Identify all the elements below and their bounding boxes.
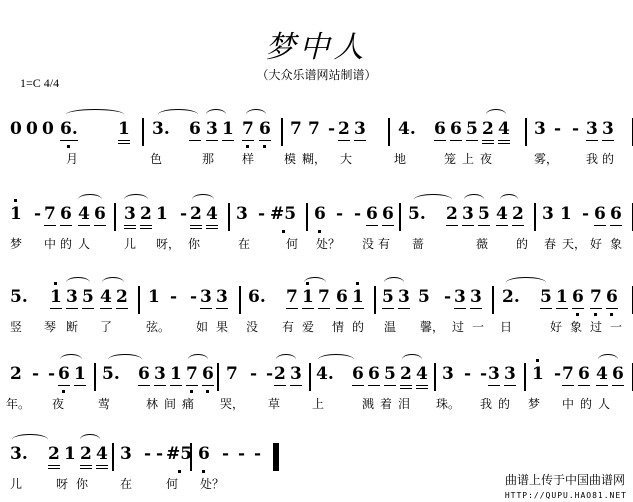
slur-arc (60, 354, 82, 365)
lyric-syllable: 痛 (182, 395, 194, 412)
note: 6 (578, 363, 590, 386)
bar-line (374, 286, 376, 314)
lyric-syllable: 哭， (220, 395, 244, 412)
note: 1 (74, 363, 86, 386)
low-octave-dot (190, 390, 193, 393)
lyric-syllable: 象 (570, 318, 582, 335)
low-octave-dot (282, 230, 285, 233)
slur-arc (246, 109, 266, 120)
note: 3 (236, 203, 248, 225)
dash-extension: - (354, 203, 361, 225)
lyric-syllable: 中 (562, 395, 574, 412)
note: 3. (152, 118, 170, 140)
note: 3 (454, 286, 466, 309)
dash-extension: - (554, 118, 561, 140)
song-title: 梦中人 (0, 22, 633, 66)
lyric-syllable: 草 (268, 395, 280, 412)
slur-arc (124, 194, 148, 205)
note: 2 (512, 203, 524, 226)
slur-arc (318, 354, 354, 365)
lyric-syllable: 温 (384, 318, 396, 335)
note: 7 (308, 118, 320, 140)
note: 3 (602, 118, 614, 141)
note: 6 (610, 203, 622, 226)
note: 3 (124, 203, 136, 229)
lyric-syllable: 好 (590, 235, 602, 252)
lyric-syllable: 样 (242, 150, 254, 167)
note: 7 (44, 203, 56, 226)
lyric-syllable: 梦 (10, 235, 22, 252)
lyric-syllable: 一 (472, 318, 484, 335)
lyric-syllable: 着 (380, 395, 392, 412)
dash-extension: - (444, 286, 451, 308)
lyric-syllable: 那 (202, 150, 214, 167)
note: 3. (10, 443, 28, 465)
note: 1 (560, 203, 572, 225)
low-octave-dot (263, 145, 266, 148)
low-octave-dot (610, 313, 613, 316)
note: 5 (540, 286, 552, 309)
lyric-syllable: 情 (332, 318, 344, 335)
lyric-syllable: 何 (166, 475, 178, 492)
note: 1 (222, 118, 234, 141)
lyric-syllable: 何 (286, 235, 298, 252)
dash-extension: - (480, 363, 487, 385)
note: 6 (368, 363, 380, 386)
lyric-syllable: 雾， (534, 150, 558, 167)
lyric-syllable: 色 (150, 150, 162, 167)
lyric-syllable: 蔷 (412, 235, 424, 252)
note: 2 (482, 118, 494, 144)
note: 3 (200, 286, 212, 309)
note: 3 (290, 363, 302, 386)
note: 4 (596, 363, 608, 386)
dash-extension: - (572, 118, 579, 140)
note: 2 (400, 363, 412, 389)
slur-arc (486, 109, 506, 120)
slur-arc (192, 194, 214, 205)
slur-arc (66, 109, 124, 120)
low-octave-dot (62, 390, 65, 393)
score-line: 1-7646321-243-#56--665.2354231-66梦中的人儿呀，… (6, 203, 633, 263)
note: 3 (470, 286, 482, 309)
note: 6 (336, 286, 348, 309)
lyric-syllable: 林 (146, 395, 158, 412)
lyric-syllable: 弦。 (146, 318, 170, 335)
note: 4. (316, 363, 334, 385)
high-octave-dot (14, 199, 17, 202)
note: 0 (42, 118, 54, 140)
note: 6 (314, 203, 326, 225)
low-octave-dot (202, 470, 205, 473)
bar-line (228, 203, 230, 231)
bar-line (525, 118, 527, 146)
bar-line (114, 203, 116, 231)
final-bar-line (273, 443, 279, 471)
lyric-syllable: 年。 (6, 395, 30, 412)
slur-arc (158, 109, 198, 120)
slur-arc (276, 354, 296, 365)
note: 6 (189, 118, 201, 141)
note: 7 (318, 286, 330, 309)
note: 6 (606, 286, 618, 309)
lyric-syllable: 断 (66, 318, 78, 335)
note: 4 (498, 118, 510, 144)
dash-extension: - (336, 203, 343, 225)
lyric-syllable: 珠。 (436, 395, 460, 412)
dash-extension: - (222, 443, 229, 465)
slur-arc (402, 354, 422, 365)
note: 3 (398, 286, 410, 309)
high-octave-dot (356, 282, 359, 285)
note: 3 (66, 286, 78, 309)
note: 2 (446, 203, 458, 226)
note: 7 (242, 118, 254, 141)
lyric-syllable: 了 (100, 318, 112, 335)
high-octave-dot (54, 282, 57, 285)
lyric-syllable: 如 (196, 318, 208, 335)
lyric-syllable: 你 (76, 475, 88, 492)
low-octave-dot (576, 313, 579, 316)
bar-line (309, 363, 311, 391)
lyric-syllable: 琴 (44, 318, 56, 335)
note: 3 (462, 203, 474, 226)
note: 3 (488, 363, 500, 386)
note: 4 (206, 203, 218, 229)
note: 7 (290, 118, 302, 140)
lyric-syllable: 糊， (302, 150, 326, 167)
dash-extension: - (254, 443, 261, 465)
bar-line (534, 203, 536, 231)
bar-line (281, 118, 283, 146)
bar-line (94, 363, 96, 391)
bar-line (434, 363, 436, 391)
lyric-syllable: 间 (164, 395, 176, 412)
note: 0 (10, 118, 22, 140)
slur-arc (464, 194, 484, 205)
note: 7 (286, 286, 298, 309)
lyric-syllable: 处？ (316, 235, 340, 252)
note: 2 (140, 203, 152, 229)
note: 7 (562, 363, 574, 386)
score-line: 2--615.631767--234.665243--331-7646年。夜莺林… (6, 363, 633, 423)
slur-arc (500, 194, 518, 205)
bar-line (217, 363, 219, 391)
dash-extension: - (554, 363, 561, 385)
slur-arc (598, 354, 618, 365)
note: 6 (198, 443, 210, 465)
slur-arc (188, 354, 208, 365)
lyric-syllable: 夜 (480, 150, 492, 167)
note: 1 (302, 286, 314, 309)
lyric-syllable: 梦 (528, 395, 540, 412)
low-octave-dot (246, 145, 249, 148)
score-line: 0006.13.6317677-234.665243--33月色那样模糊，大地笼… (6, 118, 633, 178)
lyric-syllable: 有 (282, 318, 294, 335)
dash-extension: - (238, 443, 245, 465)
dash-extension: - (464, 363, 471, 385)
dash-extension: - (32, 363, 39, 385)
dash-extension: - (180, 203, 187, 225)
lyric-syllable: 我 (480, 395, 492, 412)
lyric-syllable: 的 (580, 395, 592, 412)
low-octave-dot (318, 230, 321, 233)
note: 1 (10, 203, 22, 225)
note: 6 (572, 286, 584, 309)
note: 5. (102, 363, 120, 385)
lyric-syllable: 夜 (52, 395, 64, 412)
note: 3 (216, 286, 228, 309)
note: 6 (202, 363, 214, 386)
note: 5. (408, 203, 426, 225)
note: 3 (586, 118, 598, 141)
slur-arc (102, 277, 124, 288)
note: 6 (612, 363, 624, 386)
dash-extension: - (258, 203, 265, 225)
lyric-syllable: 好 (550, 318, 562, 335)
footer-site-url: HTTP://QUPU.HAO81.NET (505, 491, 627, 500)
slur-arc (80, 434, 100, 445)
note: 2 (338, 118, 350, 141)
low-octave-dot (594, 313, 597, 316)
lyric-syllable: 的 (60, 235, 72, 252)
note: 7 (186, 363, 198, 386)
note: 4 (100, 286, 112, 309)
note: 3 (442, 363, 454, 385)
note: 6 (382, 203, 394, 226)
note: 3 (504, 363, 516, 386)
note: 5 (382, 286, 394, 309)
note: 3 (354, 118, 366, 141)
note: 2 (48, 443, 60, 469)
bar-line (399, 203, 401, 231)
note: 1 (64, 443, 76, 465)
note: 1 (532, 363, 544, 385)
score-line: 5.135421--336.71761535-332.51676竖琴断了弦。如果… (6, 286, 633, 346)
lyric-syllable: 在 (238, 235, 250, 252)
lyric-syllable: 儿 (10, 475, 22, 492)
dash-extension: - (170, 286, 177, 308)
note: 2 (80, 443, 92, 469)
lyric-syllable: 的 (602, 150, 614, 167)
note: 3 (542, 203, 554, 225)
note: 4 (78, 203, 90, 226)
lyric-syllable: 没 (246, 318, 258, 335)
lyric-syllable: 爱 (302, 318, 314, 335)
note: 3 (154, 363, 166, 386)
note: 1 (148, 286, 160, 308)
note: 2 (190, 203, 202, 229)
slur-arc (414, 194, 452, 205)
lyric-syllable: 的 (352, 318, 364, 335)
bar-line (524, 363, 526, 391)
dash-extension: - (582, 203, 589, 225)
bar-line (190, 443, 192, 471)
lyric-syllable: 春 (544, 235, 556, 252)
lyric-syllable: 在 (120, 475, 132, 492)
slur-arc (12, 434, 48, 445)
dash-extension: - (34, 203, 41, 225)
bar-line (138, 286, 140, 314)
lyric-syllable: 竖 (10, 318, 22, 335)
lyric-syllable: 一 (610, 318, 622, 335)
note: 1 (118, 118, 130, 144)
slur-arc (78, 194, 102, 205)
note: 2 (116, 286, 128, 309)
note: 6. (248, 286, 266, 308)
lyric-syllable: 天， (562, 235, 586, 252)
lyric-syllable: 呀 (56, 475, 68, 492)
note: 6 (450, 118, 462, 141)
footer-site-name: 曲谱上传于中国曲谱网 (505, 471, 625, 488)
note: 6 (366, 203, 378, 226)
slur-arc (506, 277, 546, 288)
note: 5 (418, 286, 430, 308)
low-octave-dot (206, 390, 209, 393)
lyric-syllable: 有 (378, 235, 390, 252)
lyric-syllable: 上 (312, 395, 324, 412)
slur-arc (384, 277, 404, 288)
dash-extension: - (250, 363, 257, 385)
dash-extension: - (266, 363, 273, 385)
lyric-syllable: 莺 (98, 395, 110, 412)
dash-extension: - (328, 118, 335, 140)
lyric-syllable: 的 (498, 395, 510, 412)
slur-arc (206, 109, 226, 120)
high-octave-dot (536, 359, 539, 362)
lyric-syllable: 的 (516, 235, 528, 252)
lyric-syllable: 人 (598, 395, 610, 412)
note: 3 (534, 118, 546, 140)
dash-extension: - (144, 443, 151, 465)
note: 1 (352, 286, 364, 309)
slur-arc (304, 277, 326, 288)
note: 0 (26, 118, 38, 140)
slur-arc (108, 354, 142, 365)
note: 5 (478, 203, 490, 226)
note: 2. (502, 286, 520, 308)
lyric-syllable: 日 (500, 318, 512, 335)
note: 4 (96, 443, 108, 469)
lyric-syllable: 模 (284, 150, 296, 167)
note: 1 (156, 203, 168, 225)
low-octave-dot (67, 145, 70, 148)
bar-line (112, 443, 114, 471)
lyric-syllable: 笼 (444, 150, 456, 167)
note: 1 (170, 363, 182, 386)
lyric-syllable: 月 (66, 150, 78, 167)
lyric-syllable: 地 (394, 150, 406, 167)
song-subtitle: （大众乐谱网站制谱） (0, 66, 633, 83)
note: #5 (166, 443, 192, 465)
note: 1 (50, 286, 62, 309)
lyric-syllable: 大 (340, 150, 352, 167)
note: 6 (434, 118, 446, 141)
lyric-syllable: 过 (590, 318, 602, 335)
note: 6 (58, 363, 70, 386)
dash-extension: - (48, 363, 55, 385)
note: 6. (60, 118, 78, 141)
lyric-syllable: 象 (610, 235, 622, 252)
lyric-syllable: 泪 (398, 395, 410, 412)
note: 5. (10, 286, 28, 308)
bar-line (492, 286, 494, 314)
lyric-syllable: 薇 (476, 235, 488, 252)
key-signature: 1=C 4/4 (20, 76, 59, 91)
note: 5 (82, 286, 94, 309)
lyric-syllable: 处？ (200, 475, 224, 492)
lyric-syllable: 上 (462, 150, 474, 167)
lyric-syllable: 呀， (156, 235, 180, 252)
note: 6 (138, 363, 150, 386)
slur-arc (66, 277, 90, 288)
lyric-syllable: 果 (216, 318, 228, 335)
note: 7 (590, 286, 602, 309)
lyric-syllable: 过 (452, 318, 464, 335)
note: 6 (352, 363, 364, 386)
note: 6 (94, 203, 106, 226)
note: 4. (398, 118, 416, 140)
note: 6 (60, 203, 72, 226)
note: 3 (206, 118, 218, 141)
note: #5 (270, 203, 296, 225)
note: 5 (466, 118, 478, 141)
lyric-syllable: 溅 (362, 395, 374, 412)
note: 4 (416, 363, 428, 389)
note: 6 (594, 203, 606, 226)
note: 6 (259, 118, 271, 141)
note: 2 (274, 363, 286, 386)
dash-extension: - (190, 286, 197, 308)
lyric-syllable: 人 (78, 235, 90, 252)
lyric-syllable: 没 (362, 235, 374, 252)
note: 3 (120, 443, 132, 465)
lyric-syllable: 儿 (124, 235, 136, 252)
note: 4 (496, 203, 508, 226)
bar-line (239, 286, 241, 314)
lyric-syllable: 我 (586, 150, 598, 167)
low-octave-dot (178, 470, 181, 473)
dash-extension: - (156, 443, 163, 465)
note: 5 (384, 363, 396, 386)
lyric-syllable: 中 (44, 235, 56, 252)
bar-line (388, 118, 390, 146)
note: 7 (226, 363, 238, 385)
lyric-syllable: 馨， (420, 318, 444, 335)
bar-line (142, 118, 144, 146)
note: 2 (10, 363, 22, 385)
bar-line (306, 203, 308, 231)
lyric-syllable: 你 (188, 235, 200, 252)
note: 1 (556, 286, 568, 309)
